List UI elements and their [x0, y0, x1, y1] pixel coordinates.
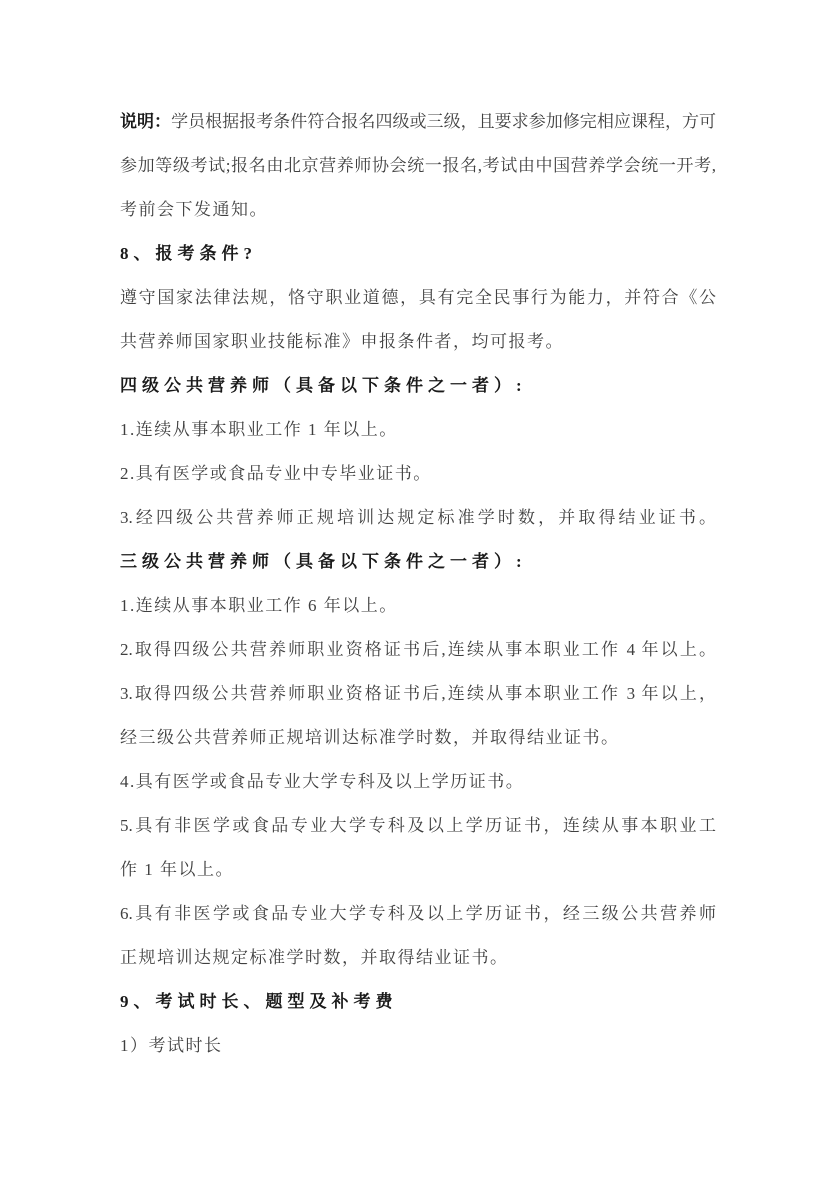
list-item: 1.连续从事本职业工作 1 年以上。	[120, 408, 716, 452]
list-item: 3.经四级公共营养师正规培训达规定标准学时数，并取得结业证书。	[120, 496, 716, 540]
list-item: 6.具有非医学或食品专业大学专科及以上学历证书，经三级公共营养师	[120, 892, 716, 936]
list-item-continuation: 作 1 年以上。	[120, 848, 716, 892]
document-page: 说明：学员根据报考条件符合报名四级或三级，且要求参加修完相应课程，方可 参加等级…	[0, 0, 840, 1188]
section-heading-exam-requirements: 8、报考条件?	[120, 232, 716, 276]
text-line: 考前会下发通知。	[120, 188, 716, 232]
text-line: 说明：学员根据报考条件符合报名四级或三级，且要求参加修完相应课程，方可	[120, 100, 716, 144]
list-item: 1.连续从事本职业工作 6 年以上。	[120, 584, 716, 628]
list-item: 5.具有非医学或食品专业大学专科及以上学历证书，连续从事本职业工	[120, 804, 716, 848]
list-item-continuation: 经三级公共营养师正规培训达标准学时数，并取得结业证书。	[120, 716, 716, 760]
section-heading-exam-duration: 9、考试时长、题型及补考费	[120, 980, 716, 1024]
text-line: 参加等级考试;报名由北京营养师协会统一报名,考试由中国营养学会统一开考,	[120, 144, 716, 188]
list-item: 3.取得四级公共营养师职业资格证书后,连续从事本职业工作 3 年以上，	[120, 672, 716, 716]
text-line: 1）考试时长	[120, 1024, 716, 1068]
list-item: 2.具有医学或食品专业中专毕业证书。	[120, 452, 716, 496]
section-heading-level3: 三级公共营养师（具备以下条件之一者）:	[120, 540, 716, 584]
list-item-continuation: 正规培训达规定标准学时数，并取得结业证书。	[120, 936, 716, 980]
bold-label: 说明：	[120, 112, 171, 131]
text-line-body: 学员根据报考条件符合报名四级或三级，且要求参加修完相应课程，方可	[171, 112, 716, 131]
text-line: 共营养师国家职业技能标准》申报条件者，均可报考。	[120, 320, 716, 364]
list-item: 4.具有医学或食品专业大学专科及以上学历证书。	[120, 760, 716, 804]
section-heading-level4: 四级公共营养师（具备以下条件之一者）:	[120, 364, 716, 408]
text-line: 遵守国家法律法规，恪守职业道德，具有完全民事行为能力，并符合《公	[120, 276, 716, 320]
list-item: 2.取得四级公共营养师职业资格证书后,连续从事本职业工作 4 年以上。	[120, 628, 716, 672]
